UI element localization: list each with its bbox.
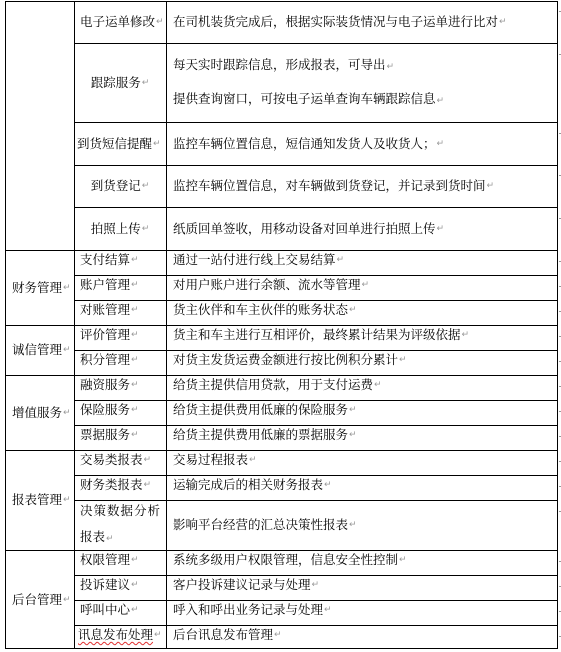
description-text: 给货主提供信用贷款，用于支付运费 (173, 377, 373, 393)
description-text: 提供查询窗口，可按电子运单查询车辆跟踪信息 (173, 91, 436, 106)
feature-cell: 讯息发布处理↵ (74, 625, 166, 649)
description-text: 给货主提供费用低廉的票据服务 (173, 427, 348, 443)
feature-cell: 决策数据分析 报表↵ (74, 500, 166, 550)
paragraph-mark-icon: ↵ (349, 427, 357, 443)
paragraph-mark-icon: ↵ (362, 277, 370, 293)
paragraph-mark-icon: ↵ (63, 342, 71, 358)
description-text: 客户投诉建议记录与处理 (173, 577, 311, 593)
feature-label: 评价管理 (80, 327, 130, 343)
feature-label: 跟踪服务 (91, 75, 141, 91)
category-cell-empty (5, 1, 74, 250)
feature-cell: 拍照上传↵ (74, 207, 166, 250)
paragraph-mark-icon: ↵ (349, 402, 357, 418)
paragraph-mark-icon: ↵ (437, 221, 445, 237)
feature-cell: 权限管理↵ (74, 550, 166, 575)
paragraph-mark-icon: ↵ (499, 14, 507, 30)
paragraph-mark-icon: ↵ (156, 14, 164, 30)
paragraph-mark-icon: ↵ (153, 136, 161, 152)
feature-label: 讯息发布处理 (78, 627, 153, 643)
paragraph-mark-icon: ↵ (144, 477, 152, 493)
paragraph-mark-icon: ↵ (142, 178, 150, 194)
feature-label: 融资服务 (80, 377, 130, 393)
description-cell: 对用户账户进行余额、流水等管理↵ (166, 275, 558, 300)
feature-label: 到货短信提醒 (77, 136, 152, 152)
description-text: 对用户账户进行余额、流水等管理 (173, 277, 361, 293)
paragraph-mark-icon: ↵ (63, 280, 71, 296)
feature-cell: 到货登记↵ (74, 165, 166, 207)
category-cell: 后台管理↵ (5, 550, 74, 649)
feature-cell: 票据服务↵ (74, 425, 166, 450)
category-cell: 诚信管理↵ (5, 325, 74, 375)
description-cell: 交易过程报表↵ (166, 450, 558, 475)
description-text: 运输完成后的相关财务报表 (173, 477, 323, 493)
description-cell: 货主伙伴和车主伙伴的账务状态↵ (166, 300, 558, 325)
feature-label: 对账管理 (80, 302, 130, 318)
description-text: 对货主发货运费金额进行按比例积分累计 (173, 352, 398, 368)
feature-label: 决策数据分析 (80, 503, 161, 518)
description-text: 影响平台经营的汇总决策性报表 (173, 517, 348, 533)
description-text: 给货主提供费用低廉的保险服务 (173, 402, 348, 418)
paragraph-mark-icon: ↵ (337, 252, 345, 268)
feature-label: 支付结算 (80, 252, 130, 268)
feature-cell: 投诉建议↵ (74, 575, 166, 600)
description-text: 每天实时跟踪信息，形成报表，可导出 (173, 57, 386, 72)
description-cell: 监控车辆位置信息，对车辆做到货登记，并记录到货时间↵ (166, 165, 558, 207)
description-cell: 给货主提供费用低廉的票据服务↵ (166, 425, 558, 450)
feature-label: 财务类报表 (80, 477, 143, 493)
description-cell: 对货主发货运费金额进行按比例积分累计↵ (166, 350, 558, 375)
description-cell: 在司机装货完成后，根据实际装货情况与电子运单进行比对↵ (166, 1, 558, 43)
description-cell: 系统多级用户权限管理，信息安全性控制↵ (166, 550, 558, 575)
category-label: 增值服务 (12, 405, 62, 421)
paragraph-mark-icon: ↵ (63, 405, 71, 421)
feature-cell: 积分管理↵ (74, 350, 166, 375)
paragraph-mark-icon: ↵ (312, 577, 320, 593)
paragraph-mark-icon: ↵ (131, 252, 139, 268)
description-text: 监控车辆位置信息，短信通知发货人及收货人； (173, 136, 436, 152)
paragraph-mark-icon: ↵ (349, 302, 357, 318)
paragraph-mark-icon: ↵ (131, 352, 139, 368)
category-label: 财务管理 (12, 280, 62, 296)
description-cell: 影响平台经营的汇总决策性报表↵ (166, 500, 558, 550)
feature-cell: 对账管理↵ (74, 300, 166, 325)
feature-label: 交易类报表 (80, 452, 143, 468)
description-text: 系统多级用户权限管理，信息安全性控制 (173, 552, 398, 568)
description-cell: 监控车辆位置信息，短信通知发货人及收货人；↵ (166, 122, 558, 165)
description-text: 通过一站付进行线上交易结算 (173, 252, 336, 268)
description-text: 货主伙伴和车主伙伴的账务状态 (173, 302, 348, 318)
paragraph-mark-icon: ↵ (274, 627, 282, 643)
paragraph-mark-icon: ↵ (131, 277, 139, 293)
paragraph-mark-icon: ↵ (324, 477, 332, 493)
description-cell: 纸质回单签收，用移动设备对回单进行拍照上传↵ (166, 207, 558, 250)
feature-label: 呼叫中心 (80, 602, 130, 618)
paragraph-mark-icon: ↵ (131, 427, 139, 443)
paragraph-mark-icon: ↵ (131, 377, 139, 393)
paragraph-mark-icon: ↵ (144, 452, 152, 468)
category-cell: 报表管理↵ (5, 450, 74, 550)
feature-cell: 电子运单修改↵ (74, 1, 166, 43)
paragraph-mark-icon: ↵ (487, 178, 495, 194)
feature-label: 账户管理 (80, 277, 130, 293)
paragraph-mark-icon: ↵ (399, 352, 407, 368)
description-cell: 每天实时跟踪信息，形成报表，可导出↵ 提供查询窗口，可按电子运单查询车辆跟踪信息… (166, 43, 558, 122)
description-text: 在司机装货完成后，根据实际装货情况与电子运单进行比对 (173, 14, 498, 30)
description-text: 交易过程报表 (173, 452, 248, 468)
description-cell: 给货主提供信用贷款，用于支付运费↵ (166, 375, 558, 400)
feature-cell: 评价管理↵ (74, 325, 166, 350)
feature-label: 到货登记 (91, 178, 141, 194)
paragraph-mark-icon: ↵ (131, 402, 139, 418)
paragraph-mark-icon: ↵ (399, 552, 407, 568)
feature-label: 报表 (80, 529, 105, 544)
feature-cell: 交易类报表↵ (74, 450, 166, 475)
paragraph-mark-icon: ↵ (462, 327, 470, 343)
paragraph-mark-icon: ↵ (131, 602, 139, 618)
category-label: 报表管理 (12, 492, 62, 508)
paragraph-mark-icon: ↵ (154, 627, 162, 643)
description-cell: 给货主提供费用低廉的保险服务↵ (166, 400, 558, 425)
paragraph-mark-icon: ↵ (324, 602, 332, 618)
feature-cell: 财务类报表↵ (74, 475, 166, 500)
description-cell: 呼入和呼出业务记录与处理↵ (166, 600, 558, 625)
paragraph-mark-icon: ↵ (142, 221, 150, 237)
feature-cell: 到货短信提醒↵ (74, 122, 166, 165)
paragraph-mark-icon: ↵ (437, 136, 445, 152)
description-text: 监控车辆位置信息，对车辆做到货登记，并记录到货时间 (173, 178, 486, 194)
category-cell: 财务管理↵ (5, 250, 74, 325)
feature-cell: 支付结算↵ (74, 250, 166, 275)
description-text: 货主和车主进行互相评价，最终累计结果为评级依据 (173, 327, 461, 343)
feature-label: 积分管理 (80, 352, 130, 368)
feature-cell: 保险服务↵ (74, 400, 166, 425)
paragraph-mark-icon: ↵ (106, 534, 114, 544)
paragraph-mark-icon: ↵ (63, 592, 71, 608)
description-cell: 运输完成后的相关财务报表↵ (166, 475, 558, 500)
feature-label: 投诉建议 (80, 577, 130, 593)
description-cell: 客户投诉建议记录与处理↵ (166, 575, 558, 600)
description-cell: 货主和车主进行互相评价，最终累计结果为评级依据↵ (166, 325, 558, 350)
paragraph-mark-icon: ↵ (437, 96, 445, 106)
feature-label: 保险服务 (80, 402, 130, 418)
description-text: 纸质回单签收，用移动设备对回单进行拍照上传 (173, 221, 436, 237)
feature-label: 权限管理 (80, 552, 130, 568)
category-label: 后台管理 (12, 592, 62, 608)
description-text: 后台讯息发布管理 (173, 627, 273, 643)
description-cell: 通过一站付进行线上交易结算↵ (166, 250, 558, 275)
description-cell: 后台讯息发布管理↵ (166, 625, 558, 649)
feature-label: 拍照上传 (91, 221, 141, 237)
description-text: 呼入和呼出业务记录与处理 (173, 602, 323, 618)
paragraph-mark-icon: ↵ (374, 377, 382, 393)
feature-label: 票据服务 (80, 427, 130, 443)
paragraph-mark-icon: ↵ (63, 492, 71, 508)
paragraph-mark-icon: ↵ (349, 517, 357, 533)
paragraph-mark-icon: ↵ (142, 75, 150, 91)
feature-label: 电子运单修改 (80, 14, 155, 30)
feature-cell: 融资服务↵ (74, 375, 166, 400)
paragraph-mark-icon: ↵ (249, 452, 257, 468)
category-label: 诚信管理 (12, 342, 62, 358)
category-cell: 增值服务↵ (5, 375, 74, 450)
paragraph-mark-icon: ↵ (131, 302, 139, 318)
paragraph-mark-icon: ↵ (131, 327, 139, 343)
paragraph-mark-icon: ↵ (131, 552, 139, 568)
feature-cell: 跟踪服务↵ (74, 43, 166, 122)
paragraph-mark-icon: ↵ (387, 62, 395, 72)
feature-cell: 账户管理↵ (74, 275, 166, 300)
paragraph-mark-icon: ↵ (131, 577, 139, 593)
feature-cell: 呼叫中心↵ (74, 600, 166, 625)
